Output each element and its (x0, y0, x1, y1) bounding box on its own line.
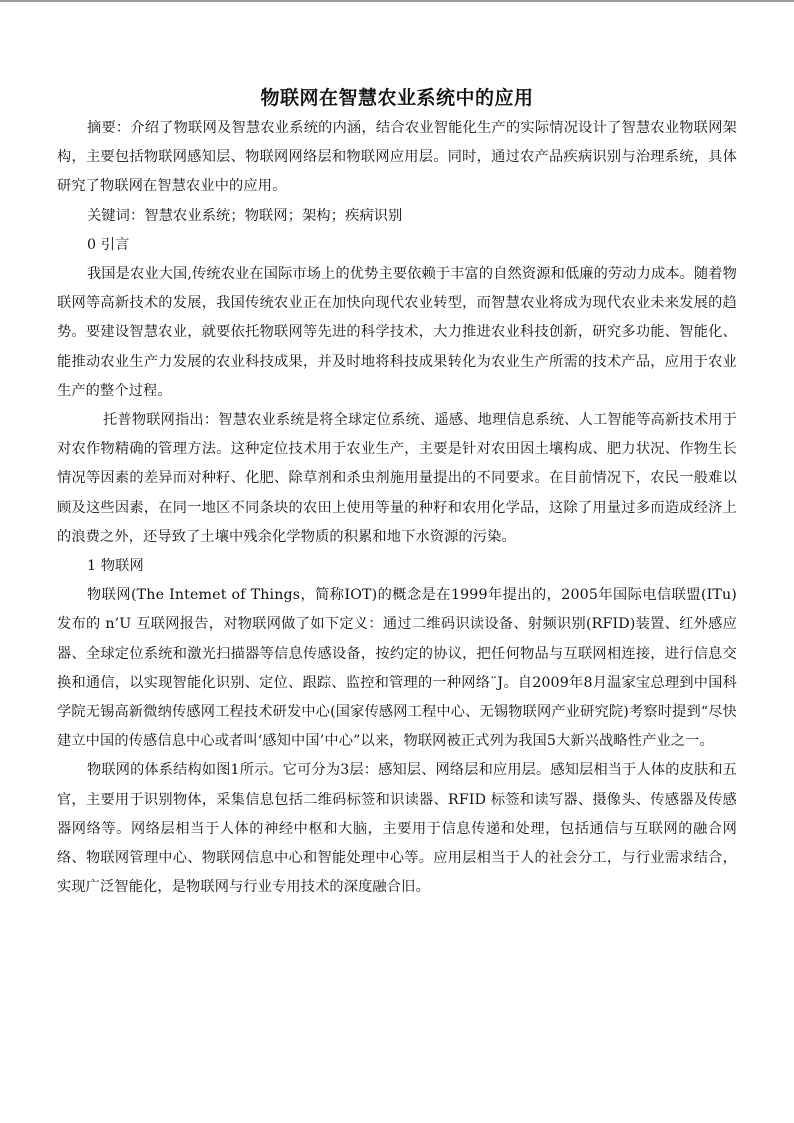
document-title: 物联网在智慧农业系统中的应用 (57, 84, 737, 112)
keywords: 关键词：智慧农业系统；物联网；架构；疾病识别 (57, 202, 737, 231)
page-top-border (0, 0, 794, 2)
document-page: 物联网在智慧农业系统中的应用 摘要：介绍了物联网及智慧农业系统的内涵，结合农业智… (57, 84, 737, 902)
intro-paragraph-2: 托普物联网指出：智慧农业系统是将全球定位系统、遥感、地理信息系统、人工智能等高新… (57, 406, 737, 552)
abstract: 摘要：介绍了物联网及智慧农业系统的内涵，结合农业智能化生产的实际情况设计了智慧农… (57, 114, 737, 202)
section-heading-introduction: 0 引言 (57, 231, 737, 260)
intro-paragraph-1: 我国是农业大国,传统农业在国际市场上的优势主要依赖于丰富的自然资源和低廉的劳动力… (57, 260, 737, 406)
iot-paragraph-2: 物联网的体系结构如图1所示。它可分为3层：感知层、网络层和应用层。感知层相当于人… (57, 756, 737, 902)
section-heading-iot: 1 物联网 (57, 552, 737, 581)
iot-paragraph-1: 物联网(The Intemet of Things，简称IOT)的概念是在199… (57, 581, 737, 756)
